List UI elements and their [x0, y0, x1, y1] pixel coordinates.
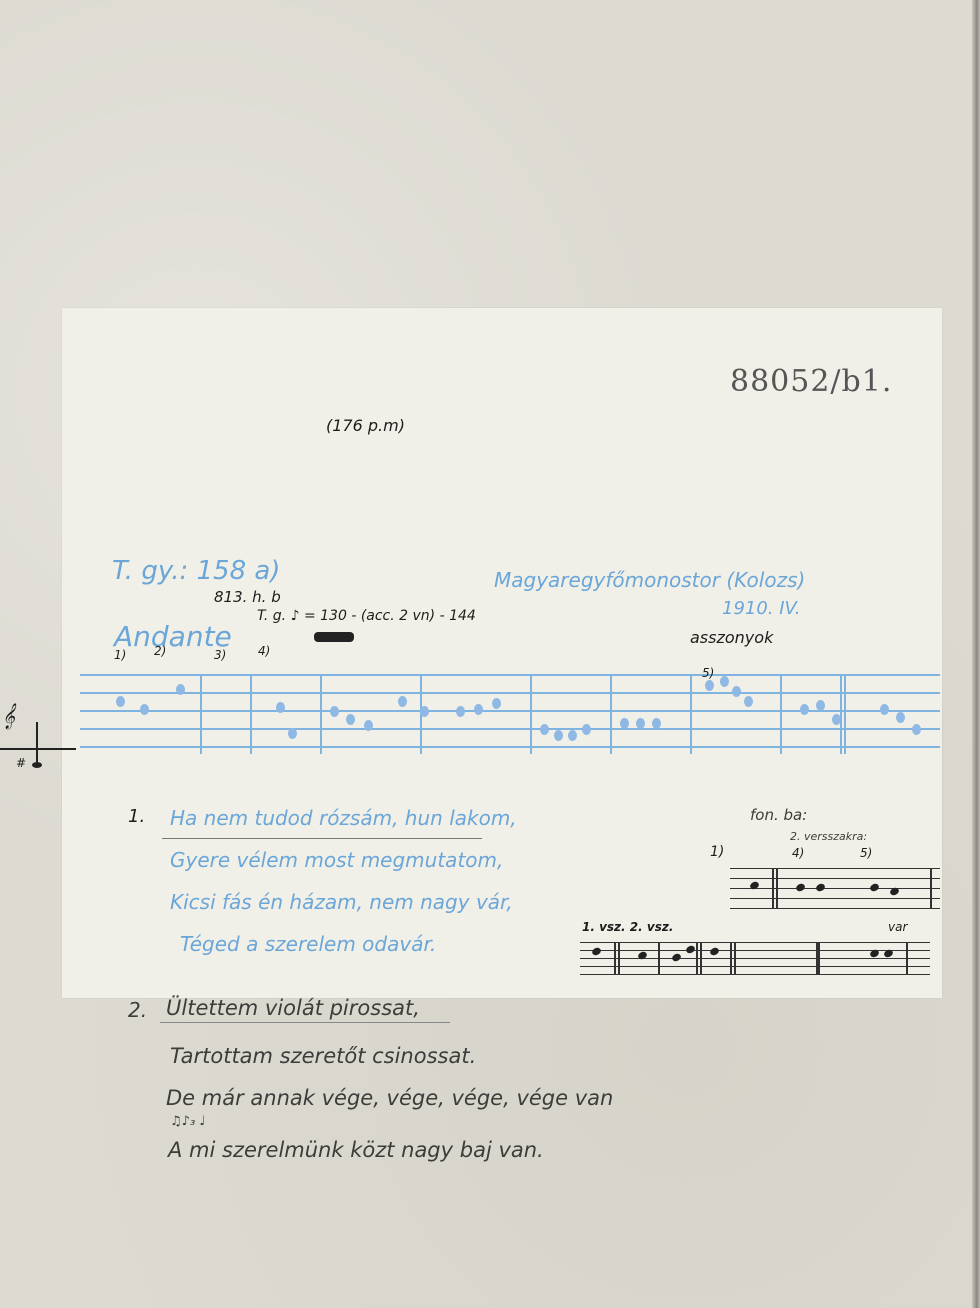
- date: 1910. IV.: [722, 598, 801, 619]
- underline: [160, 1022, 450, 1023]
- variant-staff-lower: [580, 942, 930, 972]
- stanza-1-line-1: Ha nem tudod rózsám, hun lakom,: [170, 806, 517, 830]
- variant-label-1: 1): [710, 844, 724, 860]
- stanza-1-line-3: Kicsi fás én házam, nem nagy vár,: [170, 890, 513, 914]
- margin-note-stem: [36, 722, 38, 764]
- variants-subheader: 2. versszakra:: [790, 830, 867, 843]
- measure-3-label: 3): [214, 648, 226, 662]
- stanza-2-line-2: Tartottam szeretőt csinossat.: [170, 1044, 476, 1068]
- variant-staff-upper: [730, 868, 940, 908]
- treble-clef-icon: 𝄞: [2, 704, 15, 729]
- tempo-marking: T. g. ♪ = 130 - (acc. 2 vn) - 144: [257, 608, 476, 624]
- crossed-out-mark: [314, 632, 354, 642]
- stanza-2-number: 2.: [128, 998, 147, 1022]
- stanza-2-line-1: Ültettem violát pirossat,: [166, 996, 420, 1020]
- variant-label-5: 5): [860, 846, 872, 860]
- variant-verse-labels: 1. vsz. 2. vsz.: [582, 920, 673, 934]
- variant-var-label: var: [888, 920, 907, 934]
- reference-sub: 813. h. b: [214, 588, 281, 606]
- measure-5-label: 5): [702, 666, 714, 680]
- underline: [162, 838, 482, 839]
- performers: asszonyok: [690, 628, 773, 647]
- manuscript-slip: 88052/b1. (176 p.m) T. gy.: 158 a) 813. …: [62, 308, 942, 998]
- measure-4-label: 4): [258, 644, 270, 658]
- measure-1-label: 1): [114, 648, 126, 662]
- archive-number: 88052/b1.: [730, 364, 892, 399]
- variant-label-4: 4): [792, 846, 804, 860]
- margin-ledger-line: [0, 748, 76, 750]
- page-note: (176 p.m): [326, 416, 405, 435]
- stanza-1-number: 1.: [128, 806, 145, 827]
- sharp-label: #: [16, 756, 26, 770]
- stanza-2-line-4: A mi szerelmünk közt nagy baj van.: [168, 1138, 544, 1162]
- board-edge: [972, 0, 980, 1308]
- location: Magyaregyfőmonostor (Kolozs): [494, 568, 805, 592]
- stanza-2-line-3: De már annak vége, vége, vége, vége van: [166, 1086, 613, 1110]
- source-reference: T. gy.: 158 a): [112, 556, 280, 586]
- rhythm-annotation: ♫♪₃ ♩: [170, 1114, 205, 1129]
- margin-note-head: [32, 762, 42, 768]
- stanza-1-line-4: Téged a szerelem odavár.: [180, 932, 436, 956]
- variants-header: fon. ba:: [750, 806, 807, 824]
- main-staff: [80, 674, 940, 754]
- measure-2-label: 2): [154, 644, 166, 658]
- stanza-1-line-2: Gyere vélem most megmutatom,: [170, 848, 503, 872]
